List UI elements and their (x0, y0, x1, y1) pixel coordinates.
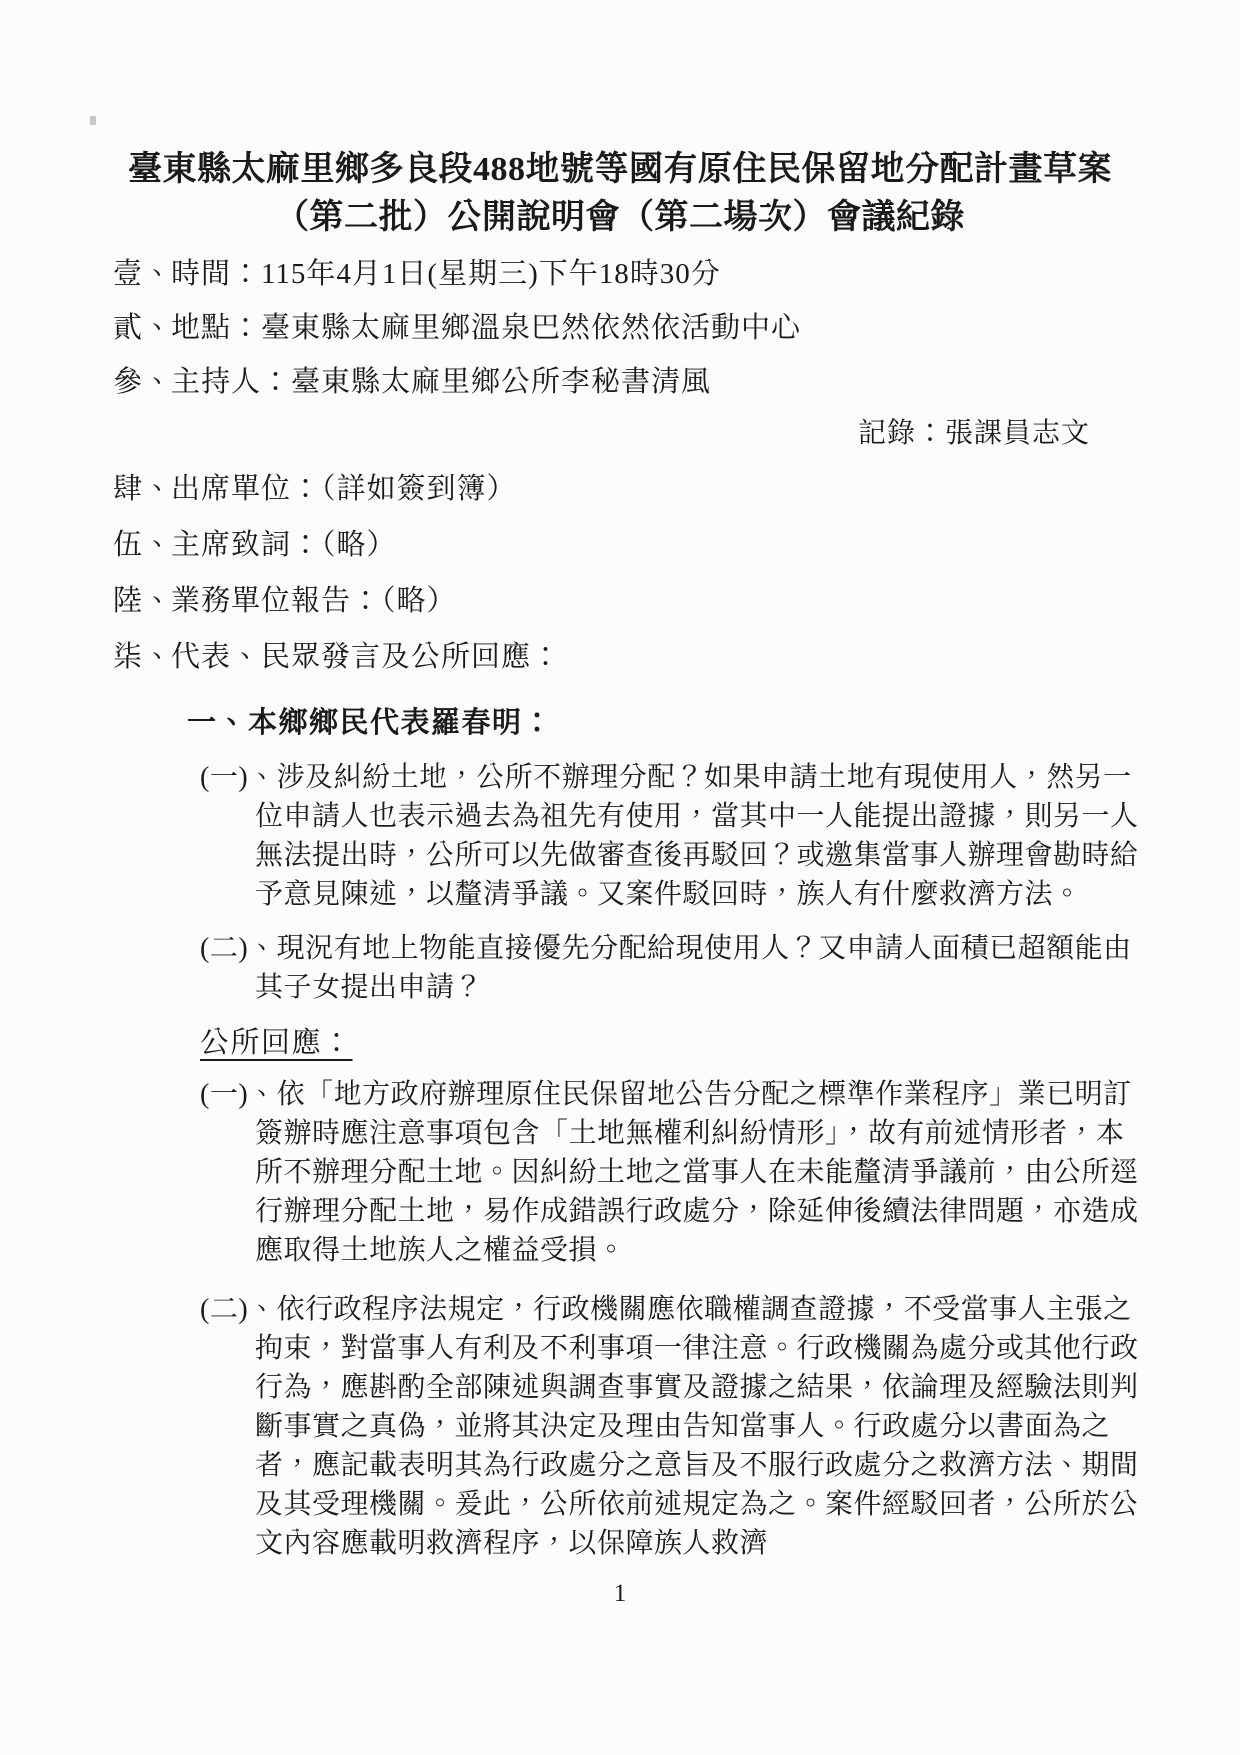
scanned-meeting-minutes-page: 臺東縣太麻里鄉多良段488地號等國有原住民保留地分配計畫草案 （第二批）公開說明… (0, 0, 1240, 1755)
response-paragraph-1: (一)、依「地方政府辦理原住民保留地公告分配之標準作業程序」業已明訂簽辦時應注意… (200, 1075, 1140, 1270)
response-number: (二)、 (200, 1294, 277, 1325)
response-heading-row: 公所回應： (0, 1007, 1240, 1052)
question-paragraph-2: (二)、現況有地上物能直接優先分配給現使用人？又申請人面積已超額能由其子女提出申… (200, 929, 1140, 1007)
agenda-item-chair-remarks: 伍、主席致詞：（略） (113, 527, 1240, 564)
agenda-item-text: 代表、民眾發言及公所回應： (171, 641, 561, 673)
question-number: (二)、 (200, 933, 277, 964)
meta-item-location: 貳、地點：臺東縣太麻里鄉溫泉巴然依然依活動中心 (113, 310, 1240, 347)
meta-item-number: 貳、 (113, 310, 171, 347)
agenda-item-number: 伍、 (113, 527, 171, 564)
agenda-item-number: 肆、 (113, 471, 171, 508)
meta-item-time: 壹、時間：115年4月1日(星期三)下午18時30分 (113, 256, 1240, 293)
response-paragraph-2: (二)、依行政程序法規定，行政機關應依職權調查證據，不受當事人主張之拘束，對當事… (200, 1290, 1140, 1563)
document-title-line1: 臺東縣太麻里鄉多良段488地號等國有原住民保留地分配計畫草案 (0, 146, 1240, 194)
question-number: (一)、 (200, 762, 277, 793)
meta-section: 壹、時間：115年4月1日(星期三)下午18時30分 貳、地點：臺東縣太麻里鄉溫… (0, 256, 1240, 401)
meta-item-text: 地點：臺東縣太麻里鄉溫泉巴然依然依活動中心 (171, 312, 801, 344)
scan-artifact (90, 116, 96, 125)
speaker-heading: 一、本鄉鄉民代表羅春明： (187, 705, 1240, 742)
response-text: 依行政程序法規定，行政機關應依職權調查證據，不受當事人主張之拘束，對當事人有利及… (255, 1294, 1139, 1559)
document-title: 臺東縣太麻里鄉多良段488地號等國有原住民保留地分配計畫草案 （第二批）公開說明… (0, 0, 1240, 242)
question-text: 涉及糾紛土地，公所不辦理分配？如果申請土地有現使用人，然另一位申請人也表示過去為… (255, 762, 1139, 910)
question-paragraph-1: (一)、涉及糾紛土地，公所不辦理分配？如果申請土地有現使用人，然另一位申請人也表… (200, 758, 1140, 914)
agenda-section: 肆、出席單位：（詳如簽到簿） 伍、主席致詞：（略） 陸、業務單位報告：（略） 柒… (0, 471, 1240, 676)
agenda-item-text: 業務單位報告：（略） (171, 585, 457, 617)
agenda-item-text: 出席單位：（詳如簽到簿） (171, 473, 517, 505)
agenda-item-public-comments: 柒、代表、民眾發言及公所回應： (113, 639, 1240, 676)
agenda-item-attendees: 肆、出席單位：（詳如簽到簿） (113, 471, 1240, 508)
question-text: 現況有地上物能直接優先分配給現使用人？又申請人面積已超額能由其子女提出申請？ (255, 933, 1132, 1003)
meta-item-chairperson: 參、主持人：臺東縣太麻里鄉公所李秘書清風 (113, 364, 1240, 401)
response-text: 依「地方政府辦理原住民保留地公告分配之標準作業程序」業已明訂簽辦時應注意事項包含… (255, 1079, 1139, 1266)
agenda-item-number: 陸、 (113, 583, 171, 620)
meta-item-number: 壹、 (113, 256, 171, 293)
meta-item-text: 時間：115年4月1日(星期三)下午18時30分 (171, 258, 721, 290)
meta-item-text: 主持人：臺東縣太麻里鄉公所李秘書清風 (171, 366, 711, 398)
recorder-line: 記錄：張課員志文 (0, 419, 1090, 449)
agenda-item-text: 主席致詞：（略） (171, 529, 397, 561)
agenda-item-unit-report: 陸、業務單位報告：（略） (113, 583, 1240, 620)
document-title-line2: （第二批）公開說明會（第二場次）會議紀錄 (0, 194, 1240, 242)
page-number: 1 (0, 1579, 1240, 1609)
agenda-item-number: 柒、 (113, 639, 171, 676)
response-heading: 公所回應： (200, 1025, 353, 1062)
response-number: (一)、 (200, 1079, 277, 1110)
meta-item-number: 參、 (113, 364, 171, 401)
